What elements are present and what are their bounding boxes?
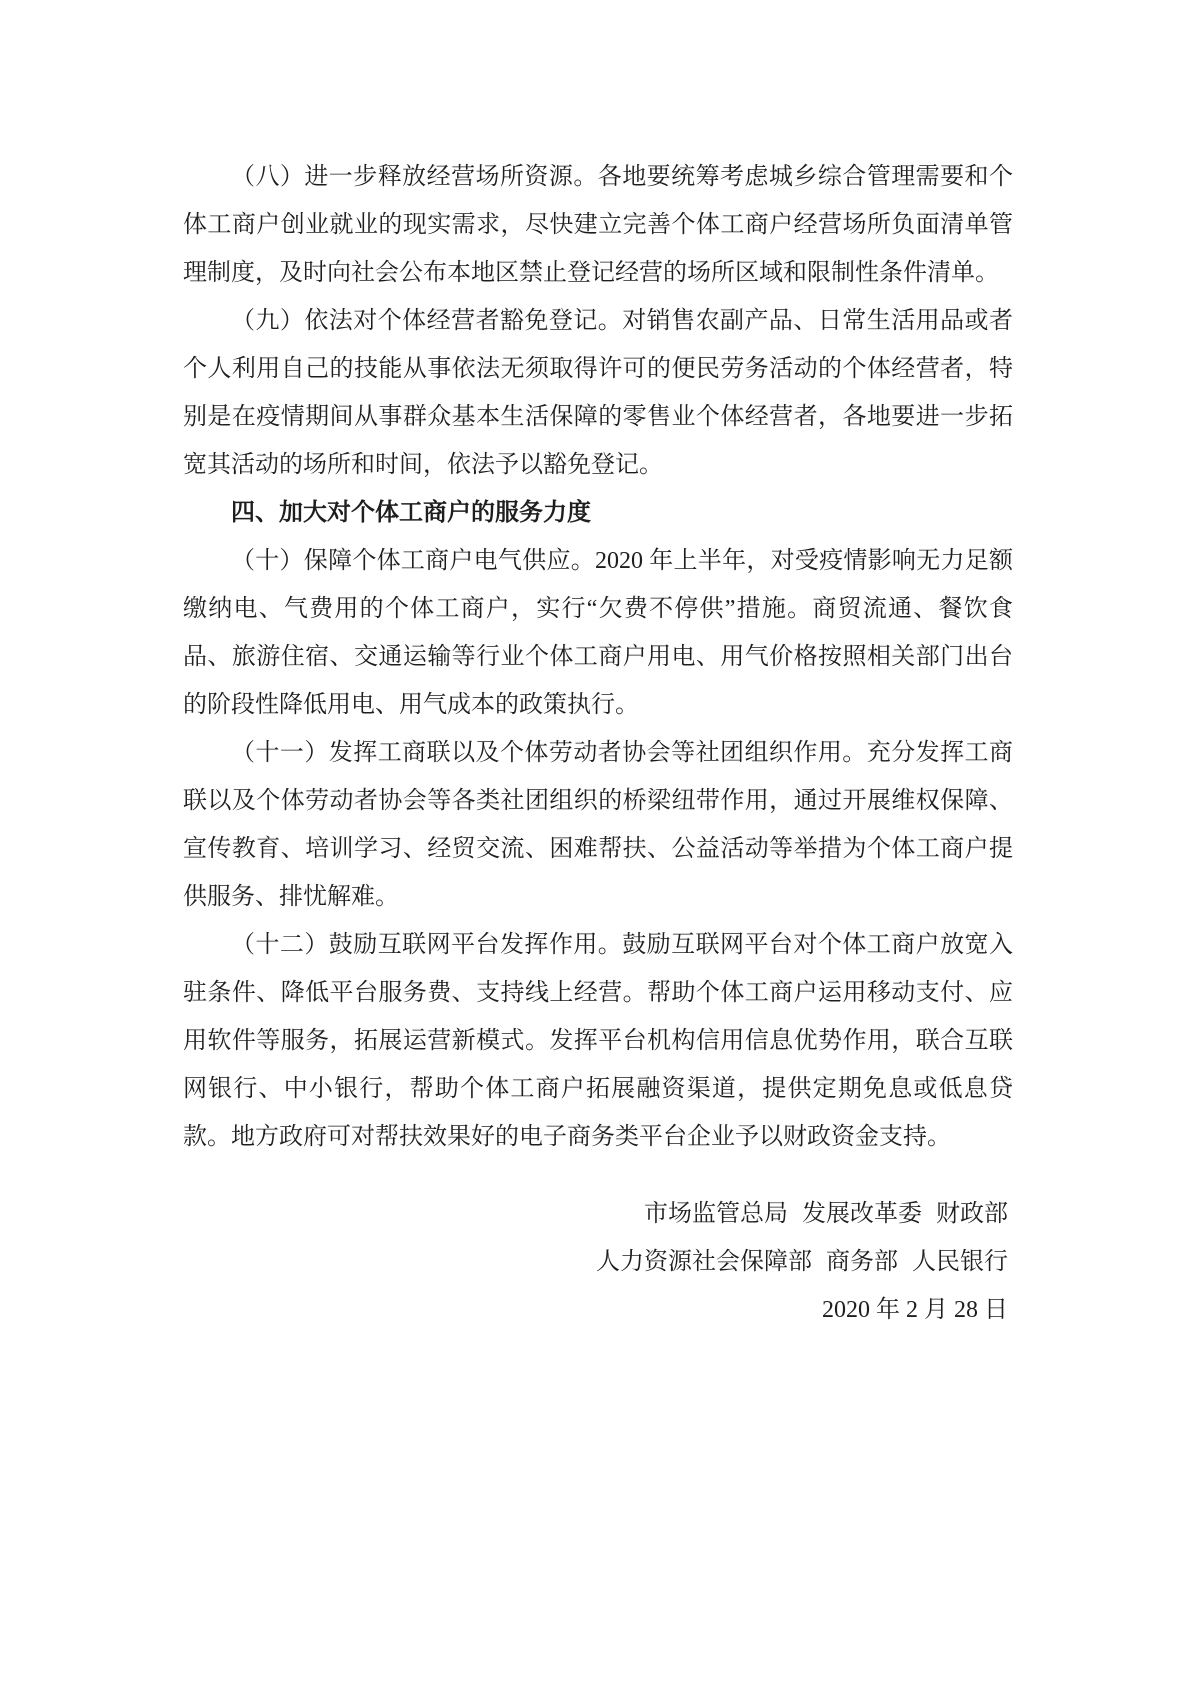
- paragraph-item-12: （十二）鼓励互联网平台发挥作用。鼓励互联网平台对个体工商户放宽入驻条件、降低平台…: [183, 921, 1013, 1161]
- paragraph-item-10: （十）保障个体工商户电气供应。2020 年上半年，对受疫情影响无力足额缴纳电、气…: [183, 537, 1013, 729]
- document-page: （八）进一步释放经营场所资源。各地要统筹考虑城乡综合管理需要和个体工商户创业就业…: [0, 0, 1190, 1684]
- signature-block: 市场监管总局 发展改革委 财政部 人力资源社会保障部 商务部 人民银行 2020…: [183, 1190, 1013, 1334]
- paragraph-item-11: （十一）发挥工商联以及个体劳动者协会等社团组织作用。充分发挥工商联以及个体劳动者…: [183, 729, 1013, 921]
- signature-date: 2020 年 2 月 28 日: [183, 1286, 1008, 1334]
- signature-agencies-line1: 市场监管总局 发展改革委 财政部: [183, 1190, 1008, 1238]
- document-body: （八）进一步释放经营场所资源。各地要统筹考虑城乡综合管理需要和个体工商户创业就业…: [183, 153, 1013, 1334]
- paragraph-item-9: （九）依法对个体经营者豁免登记。对销售农副产品、日常生活用品或者个人利用自己的技…: [183, 297, 1013, 489]
- section-heading-4: 四、加大对个体工商户的服务力度: [183, 489, 1013, 537]
- signature-agencies-line2: 人力资源社会保障部 商务部 人民银行: [183, 1238, 1008, 1286]
- paragraph-item-8: （八）进一步释放经营场所资源。各地要统筹考虑城乡综合管理需要和个体工商户创业就业…: [183, 153, 1013, 297]
